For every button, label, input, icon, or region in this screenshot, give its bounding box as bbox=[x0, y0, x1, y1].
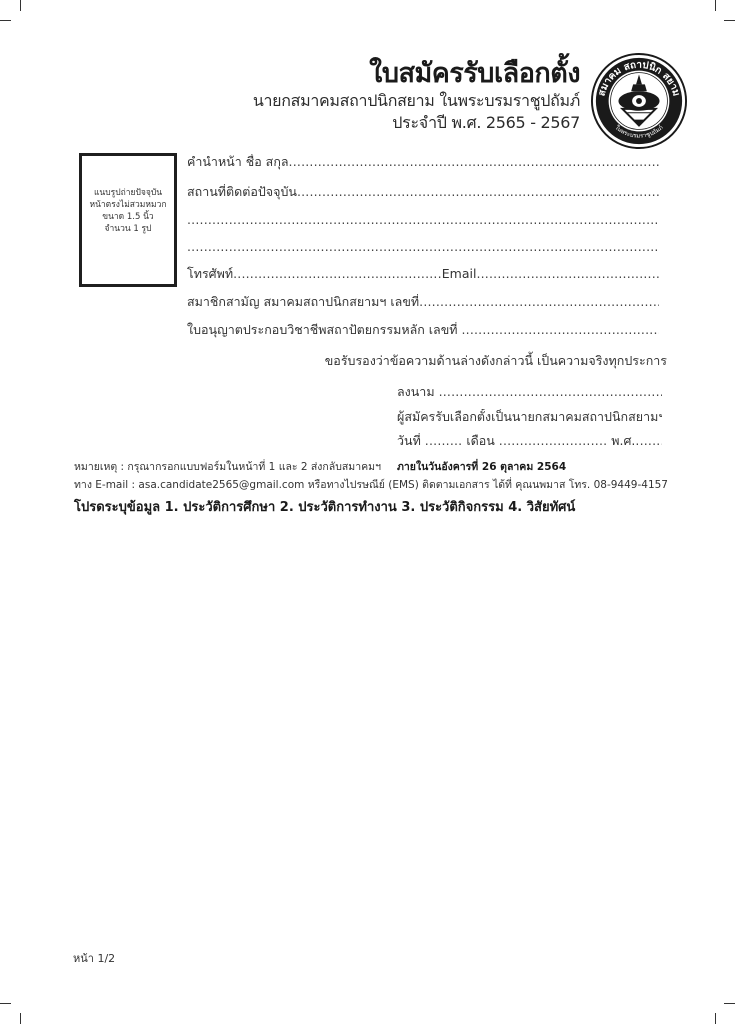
crop-mark bbox=[0, 20, 11, 21]
photo-instruction-line: หน้าตรงไม่สวมหมวก bbox=[90, 199, 167, 211]
email-label: Email bbox=[442, 266, 477, 281]
day-label: วันที่ bbox=[397, 433, 421, 448]
crop-mark bbox=[724, 1003, 735, 1004]
photo-placeholder-box[interactable]: แนบรูปถ่ายปัจจุบัน หน้าตรงไม่สวมหมวก ขนา… bbox=[79, 153, 177, 287]
signature-field[interactable]: ........................................… bbox=[439, 384, 662, 399]
month-label: เดือน bbox=[466, 433, 494, 448]
name-label: คำนำหน้า ชื่อ สกุล bbox=[187, 154, 289, 169]
name-field[interactable]: ........................................… bbox=[289, 154, 659, 169]
document-header: ใบสมัครรับเลือกตั้ง นายกสมาคมสถาปนิกสยาม… bbox=[253, 58, 580, 134]
note-line-1: หมายเหตุ : กรุณากรอกแบบฟอร์มในหน้าที่ 1 … bbox=[74, 460, 566, 474]
day-field[interactable]: ......... bbox=[425, 433, 463, 448]
member-row: สมาชิกสามัญ สมาคมสถาปนิกสยามฯ เลขที่....… bbox=[187, 294, 659, 310]
address-field-line3[interactable]: ........................................… bbox=[187, 239, 659, 254]
license-label: ใบอนุญาตประกอบวิชาชีพสถาปัตยกรรมหลัก เลข… bbox=[187, 322, 457, 337]
instruction-text: โปรดระบุข้อมูล 1. ประวัติการศึกษา 2. ประ… bbox=[74, 499, 575, 517]
signature-label: ลงนาม bbox=[397, 384, 435, 399]
document-subtitle: นายกสมาคมสถาปนิกสยาม ในพระบรมราชูปถัมภ์ bbox=[253, 90, 580, 112]
crop-mark bbox=[715, 0, 716, 11]
photo-instruction-line: แนบรูปถ่ายปัจจุบัน bbox=[94, 187, 162, 199]
year-label: พ.ศ. bbox=[611, 433, 635, 448]
certification-statement: ขอรับรองว่าข้อความด้านล่างดังกล่าวนี้ เป… bbox=[325, 353, 667, 369]
email-field[interactable]: ........................................… bbox=[476, 266, 659, 281]
crop-mark bbox=[20, 1013, 21, 1024]
association-seal-logo: สมาคม สถาปนิก สยาม ในพระบรมราชูปถัมภ์ bbox=[590, 52, 688, 150]
address-field-line2[interactable]: ........................................… bbox=[187, 212, 659, 227]
member-label: สมาชิกสามัญ สมาคมสถาปนิกสยามฯ เลขที่ bbox=[187, 294, 419, 309]
photo-instruction-line: ขนาด 1.5 นิ้ว bbox=[102, 211, 153, 223]
member-number-field[interactable]: ........................................… bbox=[419, 294, 659, 309]
date-row: วันที่ ......... เดือน .................… bbox=[397, 433, 662, 449]
address-row-2: ........................................… bbox=[187, 212, 659, 228]
page-number: หน้า 1/2 bbox=[73, 949, 115, 967]
note-text: หมายเหตุ : กรุณากรอกแบบฟอร์มในหน้าที่ 1 … bbox=[74, 461, 381, 473]
license-row: ใบอนุญาตประกอบวิชาชีพสถาปัตยกรรมหลัก เลข… bbox=[187, 322, 659, 338]
license-number-field[interactable]: ........................................… bbox=[461, 322, 659, 337]
address-row-3: ........................................… bbox=[187, 239, 659, 255]
crop-mark bbox=[715, 1013, 716, 1024]
phone-label: โทรศัพท์ bbox=[187, 266, 233, 281]
address-label: สถานที่ติดต่อปัจจุบัน bbox=[187, 184, 297, 199]
note-line-2: ทาง E-mail : asa.candidate2565@gmail.com… bbox=[74, 478, 668, 492]
address-row: สถานที่ติดต่อปัจจุบัน...................… bbox=[187, 184, 659, 200]
phone-field[interactable]: ........................................… bbox=[233, 266, 442, 281]
document-title: ใบสมัครรับเลือกตั้ง bbox=[253, 58, 580, 90]
crop-mark bbox=[0, 1003, 11, 1004]
candidate-role: ผู้สมัครรับเลือกตั้งเป็นนายกสมาคมสถาปนิก… bbox=[397, 409, 662, 425]
year-field[interactable]: ................. bbox=[635, 433, 662, 448]
document-term: ประจำปี พ.ศ. 2565 - 2567 bbox=[253, 112, 580, 134]
name-age-row: คำนำหน้า ชื่อ สกุล......................… bbox=[187, 154, 659, 170]
crop-mark bbox=[724, 20, 735, 21]
month-field[interactable]: .......................... bbox=[499, 433, 608, 448]
crop-mark bbox=[20, 0, 21, 11]
photo-instruction-line: จำนวน 1 รูป bbox=[105, 223, 152, 235]
deadline-text: ภายในวันอังคารที่ 26 ตุลาคม 2564 bbox=[397, 461, 566, 473]
phone-email-row: โทรศัพท์................................… bbox=[187, 266, 659, 282]
signature-row: ลงนาม ..................................… bbox=[397, 384, 662, 400]
address-field-line1[interactable]: ........................................… bbox=[297, 184, 659, 199]
